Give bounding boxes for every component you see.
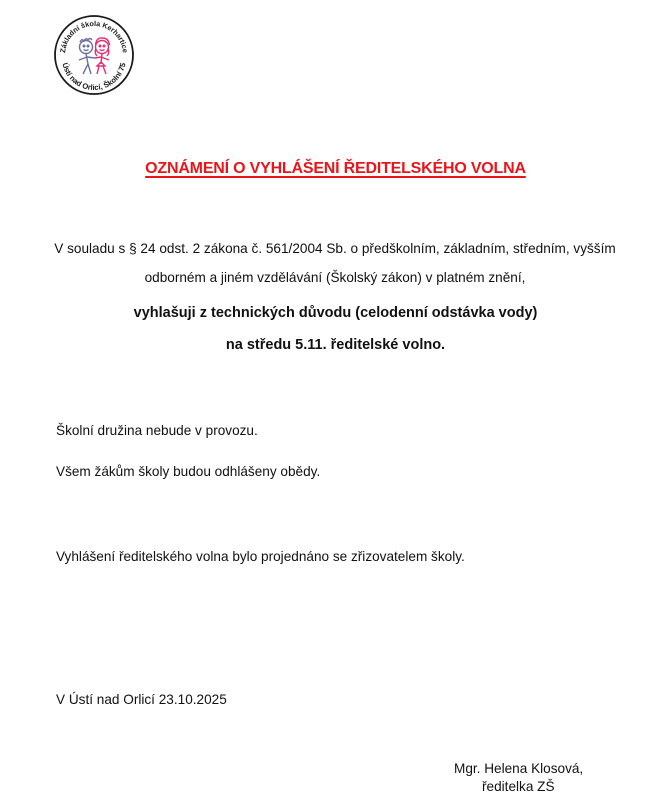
signature-name: Mgr. Helena Klosová, [454,760,583,778]
signature-block: Mgr. Helena Klosová, ředitelka ZŠ [454,760,583,796]
announcement-line-1: vyhlašuji z technických důvodu (celodenn… [0,305,671,321]
school-logo: Základní škola Kerhartice Ústí nad Orlic… [53,14,135,96]
document-page: Základní škola Kerhartice Ústí nad Orlic… [0,0,671,812]
legal-basis-line-1: V souladu s § 24 odst. 2 zákona č. 561/2… [40,234,630,263]
place-and-date: V Ústí nad Orlicí 23.10.2025 [56,692,227,707]
school-logo-icon: Základní škola Kerhartice Ústí nad Orlic… [53,14,135,96]
announcement-line-2: na středu 5.11. ředitelské volno. [0,337,671,353]
document-title: OZNÁMENÍ O VYHLÁŠENÍ ŘEDITELSKÉHO VOLNA [0,160,671,178]
note-lunches: Všem žákům školy budou odhlášeny obědy. [56,464,320,479]
legal-basis-paragraph: V souladu s § 24 odst. 2 zákona č. 561/2… [40,234,630,292]
signature-role: ředitelka ZŠ [454,778,583,796]
note-founder-consulted: Vyhlášení ředitelského volna bylo projed… [56,549,465,564]
note-after-school-club: Školní družina nebude v provozu. [56,423,258,438]
legal-basis-line-2: odborném a jiném vzdělávání (Školský zák… [40,263,630,292]
